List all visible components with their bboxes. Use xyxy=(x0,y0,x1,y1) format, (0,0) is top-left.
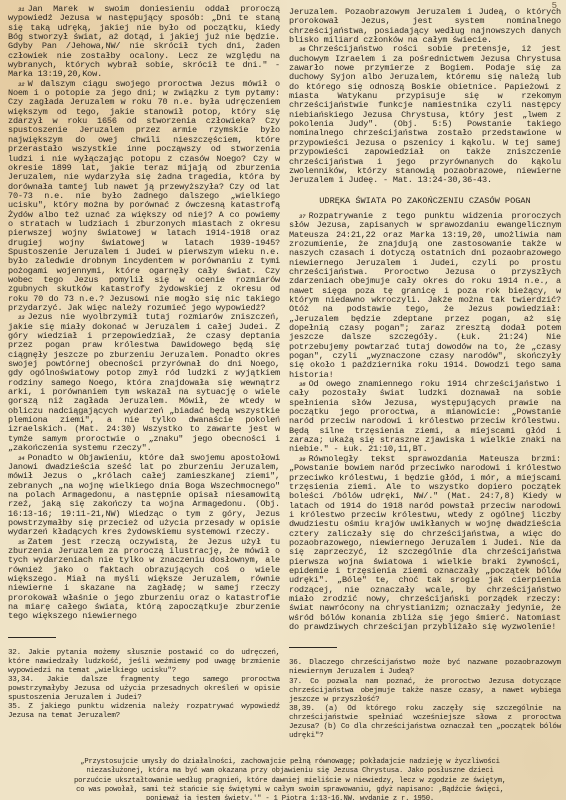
paragraph-number: 36 xyxy=(299,46,306,53)
paragraph-39: 39Równoległy tekst sprawozdania Mateusza… xyxy=(289,455,561,633)
question: 33,34. Jakie dalsze fragmenty tego sameg… xyxy=(8,676,280,703)
paragraph-number: 34 xyxy=(18,455,25,462)
paragraph-38: 38Od owego znamiennego roku 1914 chrześc… xyxy=(289,380,561,455)
paragraph-text: Jan Marek w swoim doniesieniu oddał pror… xyxy=(8,4,280,79)
right-column: Jeruzalem. Pozaobrazowym Jeruzalem i Jud… xyxy=(289,8,561,741)
question: 37. Co pozwala nam poznać, że proroctwo … xyxy=(289,678,561,705)
paragraph-number: 39 xyxy=(299,456,306,463)
paragraph-34: 34Ponadto w Objawieniu, które dał swojem… xyxy=(8,454,280,538)
question: 38,39. (a) Od którego roku zaczęły się s… xyxy=(289,705,561,741)
paragraph-35: 35Zatem jest rzeczą oczywistą, że Jezus … xyxy=(8,538,280,622)
document-page: 5 31Jan Marek w swoim doniesieniu oddał … xyxy=(0,0,566,800)
paragraph-text: Ponadto w Objawieniu, które dał swojemu … xyxy=(8,453,280,538)
paragraph-text: Zatem jest rzeczą oczywistą, że Jezus uż… xyxy=(8,537,280,622)
paragraph-37: 37Rozpatrywanie z tego punktu widzenia p… xyxy=(289,212,561,380)
paragraph-number: 33 xyxy=(18,314,25,321)
paragraph-32: 32W dalszym ciągu swojego proroctwa Jezu… xyxy=(8,80,280,314)
paragraph-number: 35 xyxy=(18,539,25,546)
paragraph-text: Równoległy tekst sprawozdania Mateusza b… xyxy=(289,454,561,632)
paragraph-number: 38 xyxy=(299,381,306,388)
paragraph-number: 32 xyxy=(18,81,25,88)
footer-scripture-quote: „Przystosujcie umysły do działalności, z… xyxy=(70,758,510,800)
question: 35. Z jakiego punktu widzenia należy roz… xyxy=(8,703,280,721)
paragraph-text: Jezus nie wyolbrzymił tutaj rozmiarów zn… xyxy=(8,312,280,453)
paragraph-text: Rozpatrywanie z tego punktu widzenia pro… xyxy=(289,211,561,380)
question: 32. Jakie pytania możemy słusznie postaw… xyxy=(8,649,280,676)
paragraph-text: Chrześcijaństwo rości sobie pretensje, i… xyxy=(289,44,561,185)
section-heading: UDRĘKA ŚWIATA PO ZAKOŃCZENIU CZASÓW POGA… xyxy=(289,197,561,206)
paragraph-number: 37 xyxy=(299,213,306,220)
study-questions-right: 36. Dlaczego chrześcijaństwo może być na… xyxy=(289,659,561,741)
section-divider xyxy=(289,647,337,648)
paragraph-33: 33Jezus nie wyolbrzymił tutaj rozmiarów … xyxy=(8,313,280,453)
question: 36. Dlaczego chrześcijaństwo może być na… xyxy=(289,659,561,677)
paragraph-36: 36Chrześcijaństwo rości sobie pretensje,… xyxy=(289,45,561,185)
paragraph-continuation: Jeruzalem. Pozaobrazowym Jeruzalem i Jud… xyxy=(289,8,561,45)
section-divider xyxy=(8,637,56,638)
left-column: 31Jan Marek w swoim doniesieniu oddał pr… xyxy=(8,5,280,721)
study-questions-left: 32. Jakie pytania możemy słusznie postaw… xyxy=(8,649,280,722)
paragraph-text: W dalszym ciągu swojego proroctwa Jezus … xyxy=(8,79,280,313)
paragraph-number: 31 xyxy=(18,6,25,13)
paragraph-31: 31Jan Marek w swoim doniesieniu oddał pr… xyxy=(8,5,280,80)
paragraph-text: Od owego znamiennego roku 1914 chrześcij… xyxy=(289,379,561,454)
